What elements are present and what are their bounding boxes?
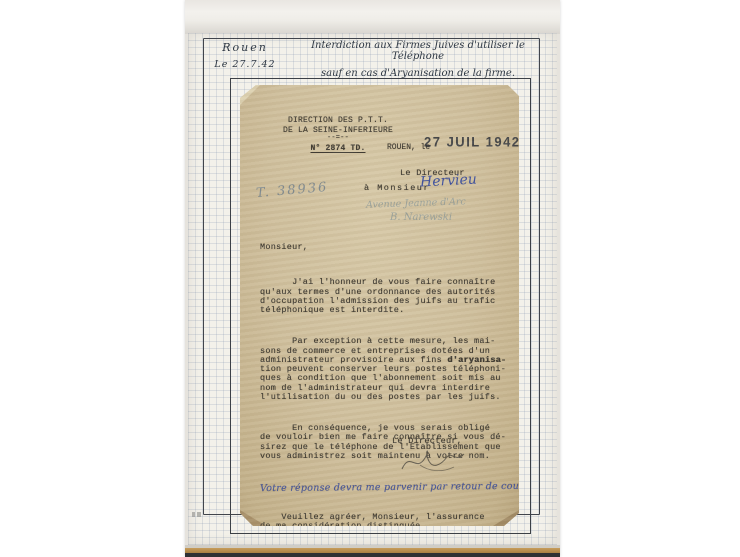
- director-signature: [398, 445, 470, 477]
- album-photo: Rouen Le 27.7.42 Interdiction aux Firmes…: [185, 0, 560, 557]
- pencil-phone-number: T. 38936: [255, 180, 328, 201]
- letter-document: DIRECTION DES P.T.T. DE LA SEINE-INFERIE…: [240, 85, 519, 526]
- paragraph-3: En conséquence, je vous serais obligé de…: [260, 424, 512, 461]
- letterhead-separator: --=--: [280, 135, 396, 141]
- paragraph-2: Par exception à cette mesure, les mai- s…: [260, 337, 512, 402]
- page-corner-mark: [192, 512, 206, 517]
- annotation-place-date: Rouen Le 27.7.42: [206, 41, 284, 70]
- annotation-date: Le 27.7.42: [206, 59, 284, 70]
- letter-body: Monsieur, J'ai l'honneur de vous faire c…: [260, 224, 512, 553]
- pencil-name: B. Narewski: [390, 212, 452, 223]
- recipient-name-handwritten: Hervieu: [420, 172, 478, 191]
- salutation: Monsieur,: [260, 243, 512, 252]
- annotation-title: Interdiction aux Firmes Juives d'utilise…: [284, 40, 552, 79]
- annotation-place: Rouen: [206, 41, 284, 54]
- paragraph-1: J'ai l'honneur de vous faire connaître q…: [260, 278, 512, 315]
- letterhead: DIRECTION DES P.T.T. DE LA SEINE-INFERIE…: [280, 116, 396, 154]
- letterhead-org-line1: DIRECTION DES P.T.T.: [280, 116, 396, 126]
- date-stamp: 27 JUIL 1942: [424, 134, 521, 150]
- paragraph-2-after: tion peuvent conserver leurs postes télé…: [260, 364, 506, 402]
- photo-canvas: Rouen Le 27.7.42 Interdiction aux Firmes…: [0, 0, 740, 557]
- letterhead-reference: N° 2874 TD.: [280, 144, 396, 154]
- album-page-top-edge: [185, 0, 560, 34]
- annotation-title-line1: Interdiction aux Firmes Juives d'utilise…: [284, 40, 552, 62]
- pencil-address: Avenue Jeanne d'Arc: [366, 196, 466, 210]
- background-table-edge: [185, 553, 560, 557]
- handwritten-interline-note: Votre réponse devra me parvenir par reto…: [260, 482, 512, 493]
